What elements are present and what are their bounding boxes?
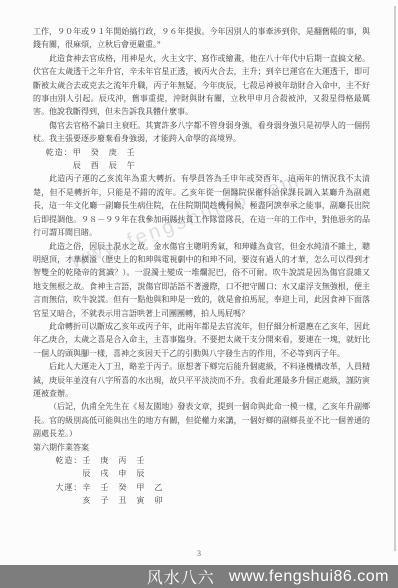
luck-pillar-branches-line: 亥 子 丑 寅 卯	[55, 494, 370, 507]
paragraph: 工作，９０年或９１年開始搞行政，９６年提拔。今年因別人的事牽涉到你，是翻舊帳的事…	[33, 25, 370, 52]
paragraph: 此造之俗，因辰土混水之故。金水傷官主聰明秀氣，和珅雖為貪官，但金水純清不雜土，聰…	[33, 240, 370, 320]
bazi-chart-main: 乾造：甲 癸 庚 壬 辰 酉 辰 午	[46, 146, 370, 173]
site-banner: 风水八六 www.fengshui86.com	[0, 565, 398, 588]
luck-pillar-stems-line: 大運：辛 壬 癸 甲 乙	[55, 481, 370, 494]
paragraph: 此命轉折可以斷成乙亥年或丙子年，此兩年都是去官流年，但仔細分析還應在乙亥年，因此…	[33, 320, 370, 360]
site-brand-name: 风水八六	[147, 565, 215, 588]
bazi-branches-line: 辰 戌 申 辰	[55, 467, 370, 480]
answer-section-heading: 第六期作業答案	[33, 441, 370, 454]
bazi-chart-answer: 乾造：壬 庚 丙 壬 辰 戌 申 辰 大運：辛 壬 癸 甲 乙 亥 子 丑 寅 …	[55, 454, 370, 508]
paragraph: 傷官去官格不論日主衰旺。其實許多八字都不管身弱身強，看身弱身強只是初學人的一個拐…	[33, 119, 370, 146]
bazi-branches-line: 辰 酉 辰 午	[46, 159, 370, 172]
paragraph: 此造食神去官成格，用神是火，火主文字、寫作或繪畫，他在八十年代中后期一直搞文秘。…	[33, 52, 370, 119]
paragraph: 此造丙子運的乙亥流年為重大轉折。有學員答為壬申年或癸酉年，這兩年的情況我不太清楚…	[33, 172, 370, 239]
bazi-stems-line: 乾造：壬 庚 丙 壬	[55, 454, 370, 467]
site-url: www.fengshui86.com	[229, 568, 389, 586]
paragraph: 后此人大運走入丁丑，略差于丙子。原想著下鄉完后能升個處級，不料逢機構改革，人員精…	[33, 360, 370, 400]
bazi-stems-line: 乾造：甲 癸 庚 壬	[46, 146, 370, 159]
scanned-book-page: www.fengshui86.com 工作，９０年或９１年開始搞行政，９６年提拔…	[0, 0, 398, 565]
paragraph: （后記，仇甫全先生在《易友園地》發表文章，提到一個命與此命一模一樣，乙亥年升副鄉…	[33, 400, 370, 440]
scan-edge-shadow	[394, 6, 396, 551]
page-number: 3	[0, 549, 398, 558]
body-text: 工作，９０年或９１年開始搞行政，９６年提拔。今年因別人的事牽涉到你，是翻舊帳的事…	[33, 25, 370, 508]
